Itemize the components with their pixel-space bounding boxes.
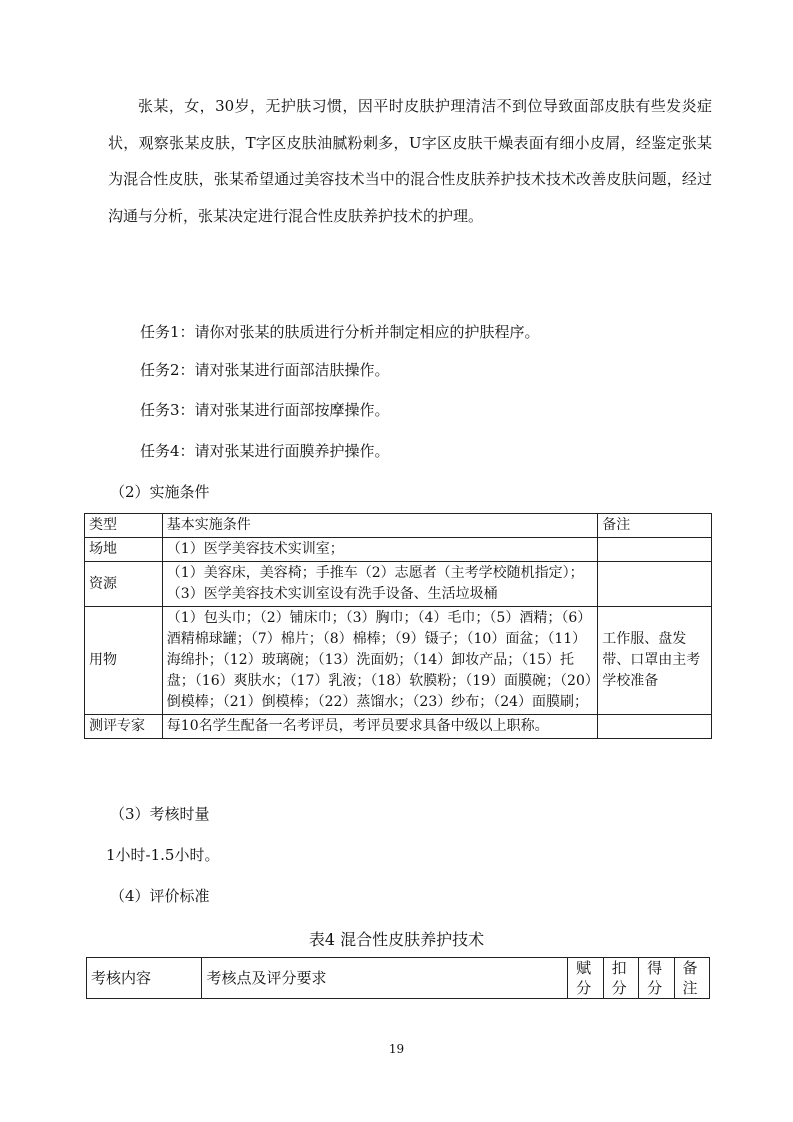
conditions-cell: （1）医学美容技术实训室； (162, 538, 598, 562)
conditions-cell: （1）美容床，美容椅；手推车（2）志愿者（主考学校随机指定）；（3）医学美容技术… (162, 562, 598, 607)
conditions-cell: 每10名学生配备一名考评员，考评员要求具备中级以上职称。 (162, 715, 598, 739)
table-row: 资源 （1）美容床，美容椅；手推车（2）志愿者（主考学校随机指定）；（3）医学美… (85, 562, 712, 607)
note-cell: 工作服、盘发带、口罩由主考学校准备 (598, 607, 712, 715)
header-cell: 扣分 (603, 958, 638, 999)
section-heading-duration: （3）考核时量 (110, 804, 210, 824)
section-heading-criteria: （4）评价标准 (110, 886, 210, 906)
case-description: 张某，女，30岁，无护肤习惯，因平时皮肤护理清洁不到位导致面部皮肤有些发炎症状，… (108, 88, 712, 234)
table-row: 场地 （1）医学美容技术实训室； (85, 538, 712, 562)
header-cell: 备注 (674, 958, 709, 999)
note-cell (598, 538, 712, 562)
header-cell: 基本实施条件 (162, 514, 598, 538)
header-cell: 赋分 (568, 958, 603, 999)
header-cell: 得分 (639, 958, 674, 999)
page-number: 19 (0, 1042, 793, 1056)
table-caption: 表4 混合性皮肤养护技术 (0, 927, 793, 950)
type-cell: 用物 (85, 607, 163, 715)
type-cell: 场地 (85, 538, 163, 562)
task-2: 任务2：请对张某进行面部洁肤操作。 (140, 360, 390, 380)
table-row: 用物 （1）包头巾；（2）铺床巾；（3）胸巾；（4）毛巾；（5）酒精；（6）酒精… (85, 607, 712, 715)
conditions-table: 类型 基本实施条件 备注 场地 （1）医学美容技术实训室； 资源 （1）美容床，… (84, 513, 712, 739)
note-cell (598, 562, 712, 607)
note-cell (598, 715, 712, 739)
task-4: 任务4：请对张某进行面膜养护操作。 (140, 441, 390, 461)
header-cell: 考核点及评分要求 (202, 958, 568, 999)
type-cell: 资源 (85, 562, 163, 607)
header-cell: 备注 (598, 514, 712, 538)
table-header-row: 考核内容 考核点及评分要求 赋分 扣分 得分 备注 (87, 958, 710, 999)
conditions-cell: （1）包头巾；（2）铺床巾；（3）胸巾；（4）毛巾；（5）酒精；（6）酒精棉球罐… (162, 607, 598, 715)
evaluation-table: 考核内容 考核点及评分要求 赋分 扣分 得分 备注 (86, 957, 710, 999)
header-cell: 考核内容 (87, 958, 202, 999)
table-header-row: 类型 基本实施条件 备注 (85, 514, 712, 538)
type-cell: 测评专家 (85, 715, 163, 739)
task-3: 任务3：请对张某进行面部按摩操作。 (140, 400, 390, 420)
task-1: 任务1：请你对张某的肤质进行分析并制定相应的护肤程序。 (140, 322, 540, 342)
section-heading-conditions: （2）实施条件 (110, 482, 210, 502)
table-row: 测评专家 每10名学生配备一名考评员，考评员要求具备中级以上职称。 (85, 715, 712, 739)
header-cell: 类型 (85, 514, 163, 538)
duration-value: 1小时-1.5小时。 (106, 845, 219, 865)
